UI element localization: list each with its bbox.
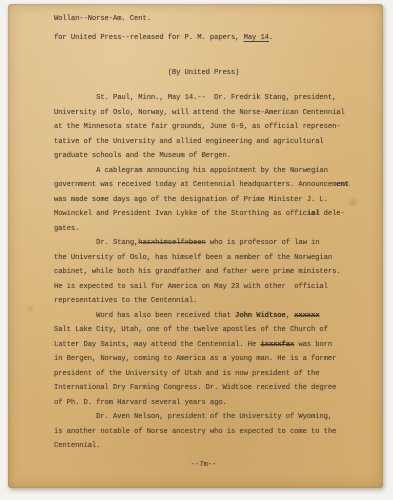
text-segment: ent	[336, 181, 349, 189]
text-segment: in Bergen, Norway, coming to America as …	[54, 355, 336, 363]
typed-line: A cablegram announcing his appointment b…	[54, 164, 353, 179]
typed-line: St. Paul, Minn., May 14.-- Dr. Fredrik S…	[54, 91, 353, 106]
text-segment: ,	[286, 312, 294, 320]
text-segment: May 14	[244, 34, 269, 42]
typed-line: government was received today at Centenn…	[54, 178, 353, 193]
text-segment: Word has also been received that	[54, 312, 235, 320]
text-segment: cabinet, while both his grandfather and …	[54, 268, 341, 276]
text-segment: ial	[307, 210, 320, 218]
typed-line: representatives to the Centennial.	[54, 294, 353, 309]
text-segment: the University of Oslo, has himself been…	[54, 254, 332, 262]
text-segment: is another notable of Norse ancestry who…	[54, 428, 336, 436]
text-segment: president of the University of Utah and …	[54, 370, 319, 378]
text-segment: was born	[294, 341, 332, 349]
typed-line: Salt Lake City, Utah, one of the twelve …	[54, 323, 353, 338]
end-mark: --7m--	[54, 458, 353, 472]
text-segment: St. Paul, Minn., May 14.-- Dr. Fredrik S…	[54, 94, 336, 102]
typed-line: Latter Day Saints, may attend the Centen…	[54, 338, 353, 353]
typed-line: was made some days ago of the designatio…	[54, 193, 353, 208]
scanned-page: Wollan--Norse-Am. Cent. for United Press…	[8, 4, 383, 488]
text-segment: International Dry Farming Congress. Dr. …	[54, 384, 336, 392]
typed-line: Dr. Stang,hasxhimselfxbeen who is profes…	[54, 236, 353, 251]
typed-line: of Ph. D. from Harvard several years ago…	[54, 396, 353, 411]
text-segment: of Ph. D. from Harvard several years ago…	[54, 399, 227, 407]
typed-line: Dr. Aven Nelson, president of the Univer…	[54, 410, 353, 425]
typed-line: University of Oslo, Norway, will attend …	[54, 106, 353, 121]
typed-line: tative of the University and allied engi…	[54, 135, 353, 150]
text-segment: government was received today at Centenn…	[54, 181, 336, 189]
typed-line: International Dry Farming Congress. Dr. …	[54, 381, 353, 396]
typed-line: gates.	[54, 222, 353, 237]
text-segment: for United Press--released for P. M. pap…	[54, 34, 244, 42]
text-segment: at the Minnesota state fair grounds, Jun…	[54, 123, 341, 131]
typed-line: graduate schools and the Museum of Berge…	[54, 149, 353, 164]
text-segment: gates.	[54, 225, 79, 233]
text-segment: .	[269, 34, 273, 42]
typed-line: is another notable of Norse ancestry who…	[54, 425, 353, 440]
text-segment: A cablegram announcing his appointment b…	[54, 167, 328, 175]
typed-line: the University of Oslo, has himself been…	[54, 251, 353, 266]
text-segment: xxxxxx	[294, 312, 319, 320]
text-segment: Centennial.	[54, 442, 100, 450]
text-segment: representatives to the Centennial.	[54, 297, 197, 305]
typed-line: at the Minnesota state fair grounds, Jun…	[54, 120, 353, 135]
typed-line: Mowinckel and President Ivan Lykke of th…	[54, 207, 353, 222]
document-body: St. Paul, Minn., May 14.-- Dr. Fredrik S…	[54, 91, 353, 454]
text-segment: who is professor of law in	[206, 239, 320, 247]
typed-line: in Bergen, Norway, coming to America as …	[54, 352, 353, 367]
text-segment: University of Oslo, Norway, will attend …	[54, 109, 345, 117]
text-segment: Mowinckel and President Ivan Lykke of th…	[54, 210, 307, 218]
typed-document: Wollan--Norse-Am. Cent. for United Press…	[54, 12, 353, 472]
release-line: for United Press--released for P. M. pap…	[54, 31, 353, 46]
typed-line: He is expected to sail for America on Ma…	[54, 280, 353, 295]
scan-background: Wollan--Norse-Am. Cent. for United Press…	[0, 0, 393, 500]
typed-line: Word has also been received that John Wi…	[54, 309, 353, 324]
text-segment: Latter Day Saints, may attend the Centen…	[54, 341, 260, 349]
text-segment: tative of the University and allied engi…	[54, 138, 324, 146]
text-segment: ixxxxfax	[260, 341, 294, 349]
text-segment: He is expected to sail for America on Ma…	[54, 283, 328, 291]
text-segment: was made some days ago of the designatio…	[54, 196, 328, 204]
typed-line: cabinet, while both his grandfather and …	[54, 265, 353, 280]
document-slug: Wollan--Norse-Am. Cent.	[54, 12, 353, 27]
text-segment: Dr. Aven Nelson, president of the Univer…	[54, 413, 332, 421]
text-segment: graduate schools and the Museum of Berge…	[54, 152, 231, 160]
byline: (By United Press)	[54, 66, 353, 81]
text-segment: dele-	[319, 210, 344, 218]
text-segment: hasxhimselfxbeen	[138, 239, 205, 247]
text-segment: Salt Lake City, Utah, one of the twelve …	[54, 326, 328, 334]
text-segment: John Widtsoe	[235, 312, 286, 320]
text-segment: Dr. Stang,	[54, 239, 138, 247]
typed-line: Centennial.	[54, 439, 353, 454]
typed-line: president of the University of Utah and …	[54, 367, 353, 382]
